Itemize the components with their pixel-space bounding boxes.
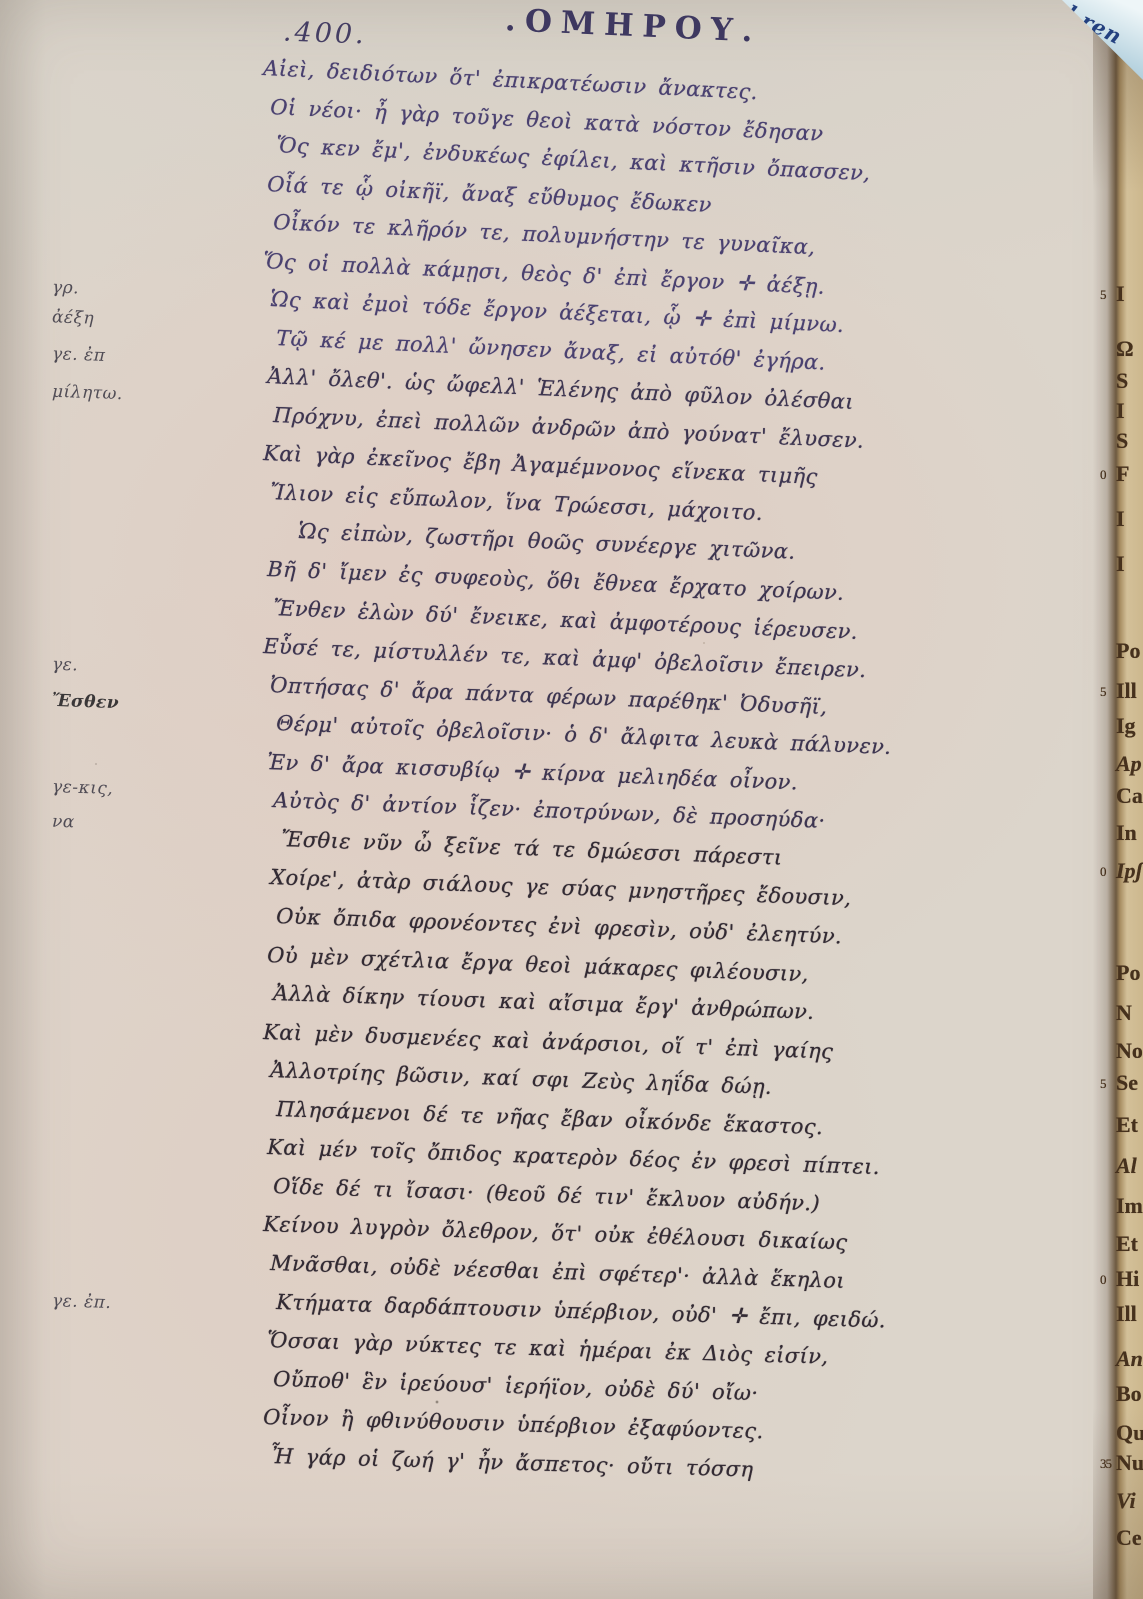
printed-letters-fragment: Ce	[1116, 1527, 1142, 1549]
edge-text-fragment: Et	[1100, 1114, 1138, 1136]
edge-text-fragment: Ω	[1100, 338, 1134, 360]
page-number: .400.	[282, 17, 367, 51]
margin-note: γρ.	[52, 278, 80, 299]
edge-text-fragment: I	[1100, 400, 1125, 422]
margin-note: ἀέξη	[52, 307, 95, 328]
printed-letters-fragment: Ap	[1116, 753, 1142, 775]
printed-letters-fragment: In	[1116, 822, 1137, 844]
margin-note: γε. ἐπ	[52, 344, 106, 366]
printed-letters-fragment: I	[1116, 400, 1125, 422]
edge-text-fragment: N	[1100, 1002, 1132, 1024]
edge-text-fragment: 5Se	[1100, 1072, 1138, 1094]
edge-text-fragment: Ill	[1100, 1303, 1137, 1325]
edge-text-fragment: 0Hi	[1100, 1268, 1139, 1290]
page-title: .ΟΜΗΡΟΥ.	[504, 2, 762, 50]
printed-letters-fragment: I	[1116, 508, 1125, 530]
edge-text-fragment: Et	[1100, 1233, 1138, 1255]
margin-note: μίλητω.	[52, 382, 124, 404]
printed-letters-fragment: Ig	[1116, 715, 1136, 737]
line-number-fragment: 5	[1100, 288, 1116, 301]
printed-letters-fragment: Ca	[1116, 785, 1143, 807]
printed-letters-fragment: F	[1116, 463, 1129, 485]
edge-text-fragment: Ce	[1100, 1527, 1142, 1549]
printed-letters-fragment: No	[1116, 1040, 1143, 1062]
edge-text-fragment: Im	[1100, 1195, 1143, 1217]
edge-text-fragment: Ca	[1100, 785, 1143, 807]
margin-note: γε. ἐπ.	[52, 1291, 112, 1313]
printed-letters-fragment: Et	[1116, 1233, 1138, 1255]
line-number-fragment: 0	[1100, 1273, 1116, 1286]
printed-letters-fragment: S	[1116, 430, 1128, 452]
edge-text-fragment: S	[1100, 430, 1128, 452]
printed-letters-fragment: Po	[1116, 640, 1140, 662]
printed-letters-fragment: Qu	[1116, 1422, 1143, 1444]
printed-letters-fragment: Po	[1116, 962, 1140, 984]
printed-letters-fragment: N	[1116, 1002, 1132, 1024]
printed-letters-fragment: An	[1116, 1348, 1143, 1370]
printed-letters-fragment: Im	[1116, 1195, 1143, 1217]
edge-text-fragment: Po	[1100, 962, 1140, 984]
line-number-fragment: 5	[1100, 1077, 1116, 1090]
edge-text-fragment: 0F	[1100, 463, 1129, 485]
printed-letters-fragment: S	[1116, 370, 1128, 392]
manuscript-body: Αἰεὶ, δειδιότων ὅτ' ἐπικρατέωσιν ἄνακτες…	[263, 56, 963, 1482]
edge-text-fragment: An	[1100, 1348, 1143, 1370]
edge-text-fragment: 5I	[1100, 283, 1125, 305]
edge-text-fragment: In	[1100, 822, 1137, 844]
edge-text-fragment: 0Ipʃ	[1100, 860, 1143, 882]
printed-letters-fragment: Nu	[1116, 1452, 1143, 1474]
edge-text-fragment: 35Nu	[1100, 1452, 1143, 1474]
printed-letters-fragment: Al	[1116, 1155, 1137, 1177]
manuscript-page-photo: 5IΩSIS0FIIPo5IllIgApCaIn0IpʃPoNNo5SeEtAl…	[0, 0, 1143, 1599]
margin-note: Ἔσθεν	[52, 691, 120, 713]
margin-note: να	[52, 812, 76, 833]
edge-text-fragment: No	[1100, 1040, 1143, 1062]
edge-text-fragment: I	[1100, 553, 1125, 575]
printed-letters-fragment: Et	[1116, 1114, 1138, 1136]
printed-letters-fragment: Ill	[1116, 1303, 1137, 1325]
edge-text-fragment: 5Ill	[1100, 680, 1137, 702]
edge-text-fragment: Ig	[1100, 715, 1136, 737]
edge-text-fragment: Al	[1100, 1155, 1137, 1177]
line-number-fragment: 5	[1100, 685, 1116, 698]
printed-letters-fragment: Ω	[1116, 338, 1134, 360]
edge-text-fragment: Po	[1100, 640, 1140, 662]
printed-letters-fragment: Hi	[1116, 1268, 1139, 1290]
printed-letters-fragment: I	[1116, 553, 1125, 575]
printed-letters-fragment: Ipʃ	[1116, 860, 1143, 882]
edge-text-fragment: I	[1100, 508, 1125, 530]
printed-letters-fragment: Vi	[1116, 1490, 1136, 1512]
margin-note: γε.	[52, 655, 79, 676]
edge-text-fragment: Vi	[1100, 1490, 1136, 1512]
line-number-fragment: 0	[1100, 865, 1116, 878]
edge-text-fragment: Ap	[1100, 753, 1142, 775]
line-number-fragment: 0	[1100, 468, 1116, 481]
line-number-fragment: 35	[1100, 1457, 1116, 1470]
edge-text-fragment: Qu	[1100, 1422, 1143, 1444]
printed-letters-fragment: Ill	[1116, 680, 1137, 702]
printed-letters-fragment: Se	[1116, 1072, 1138, 1094]
printed-letters-fragment: I	[1116, 283, 1125, 305]
printed-letters-fragment: Bo	[1116, 1383, 1142, 1405]
edge-text-fragment: Bo	[1100, 1383, 1142, 1405]
margin-note: γε-κις,	[52, 777, 114, 799]
edge-text-fragment: S	[1100, 370, 1128, 392]
